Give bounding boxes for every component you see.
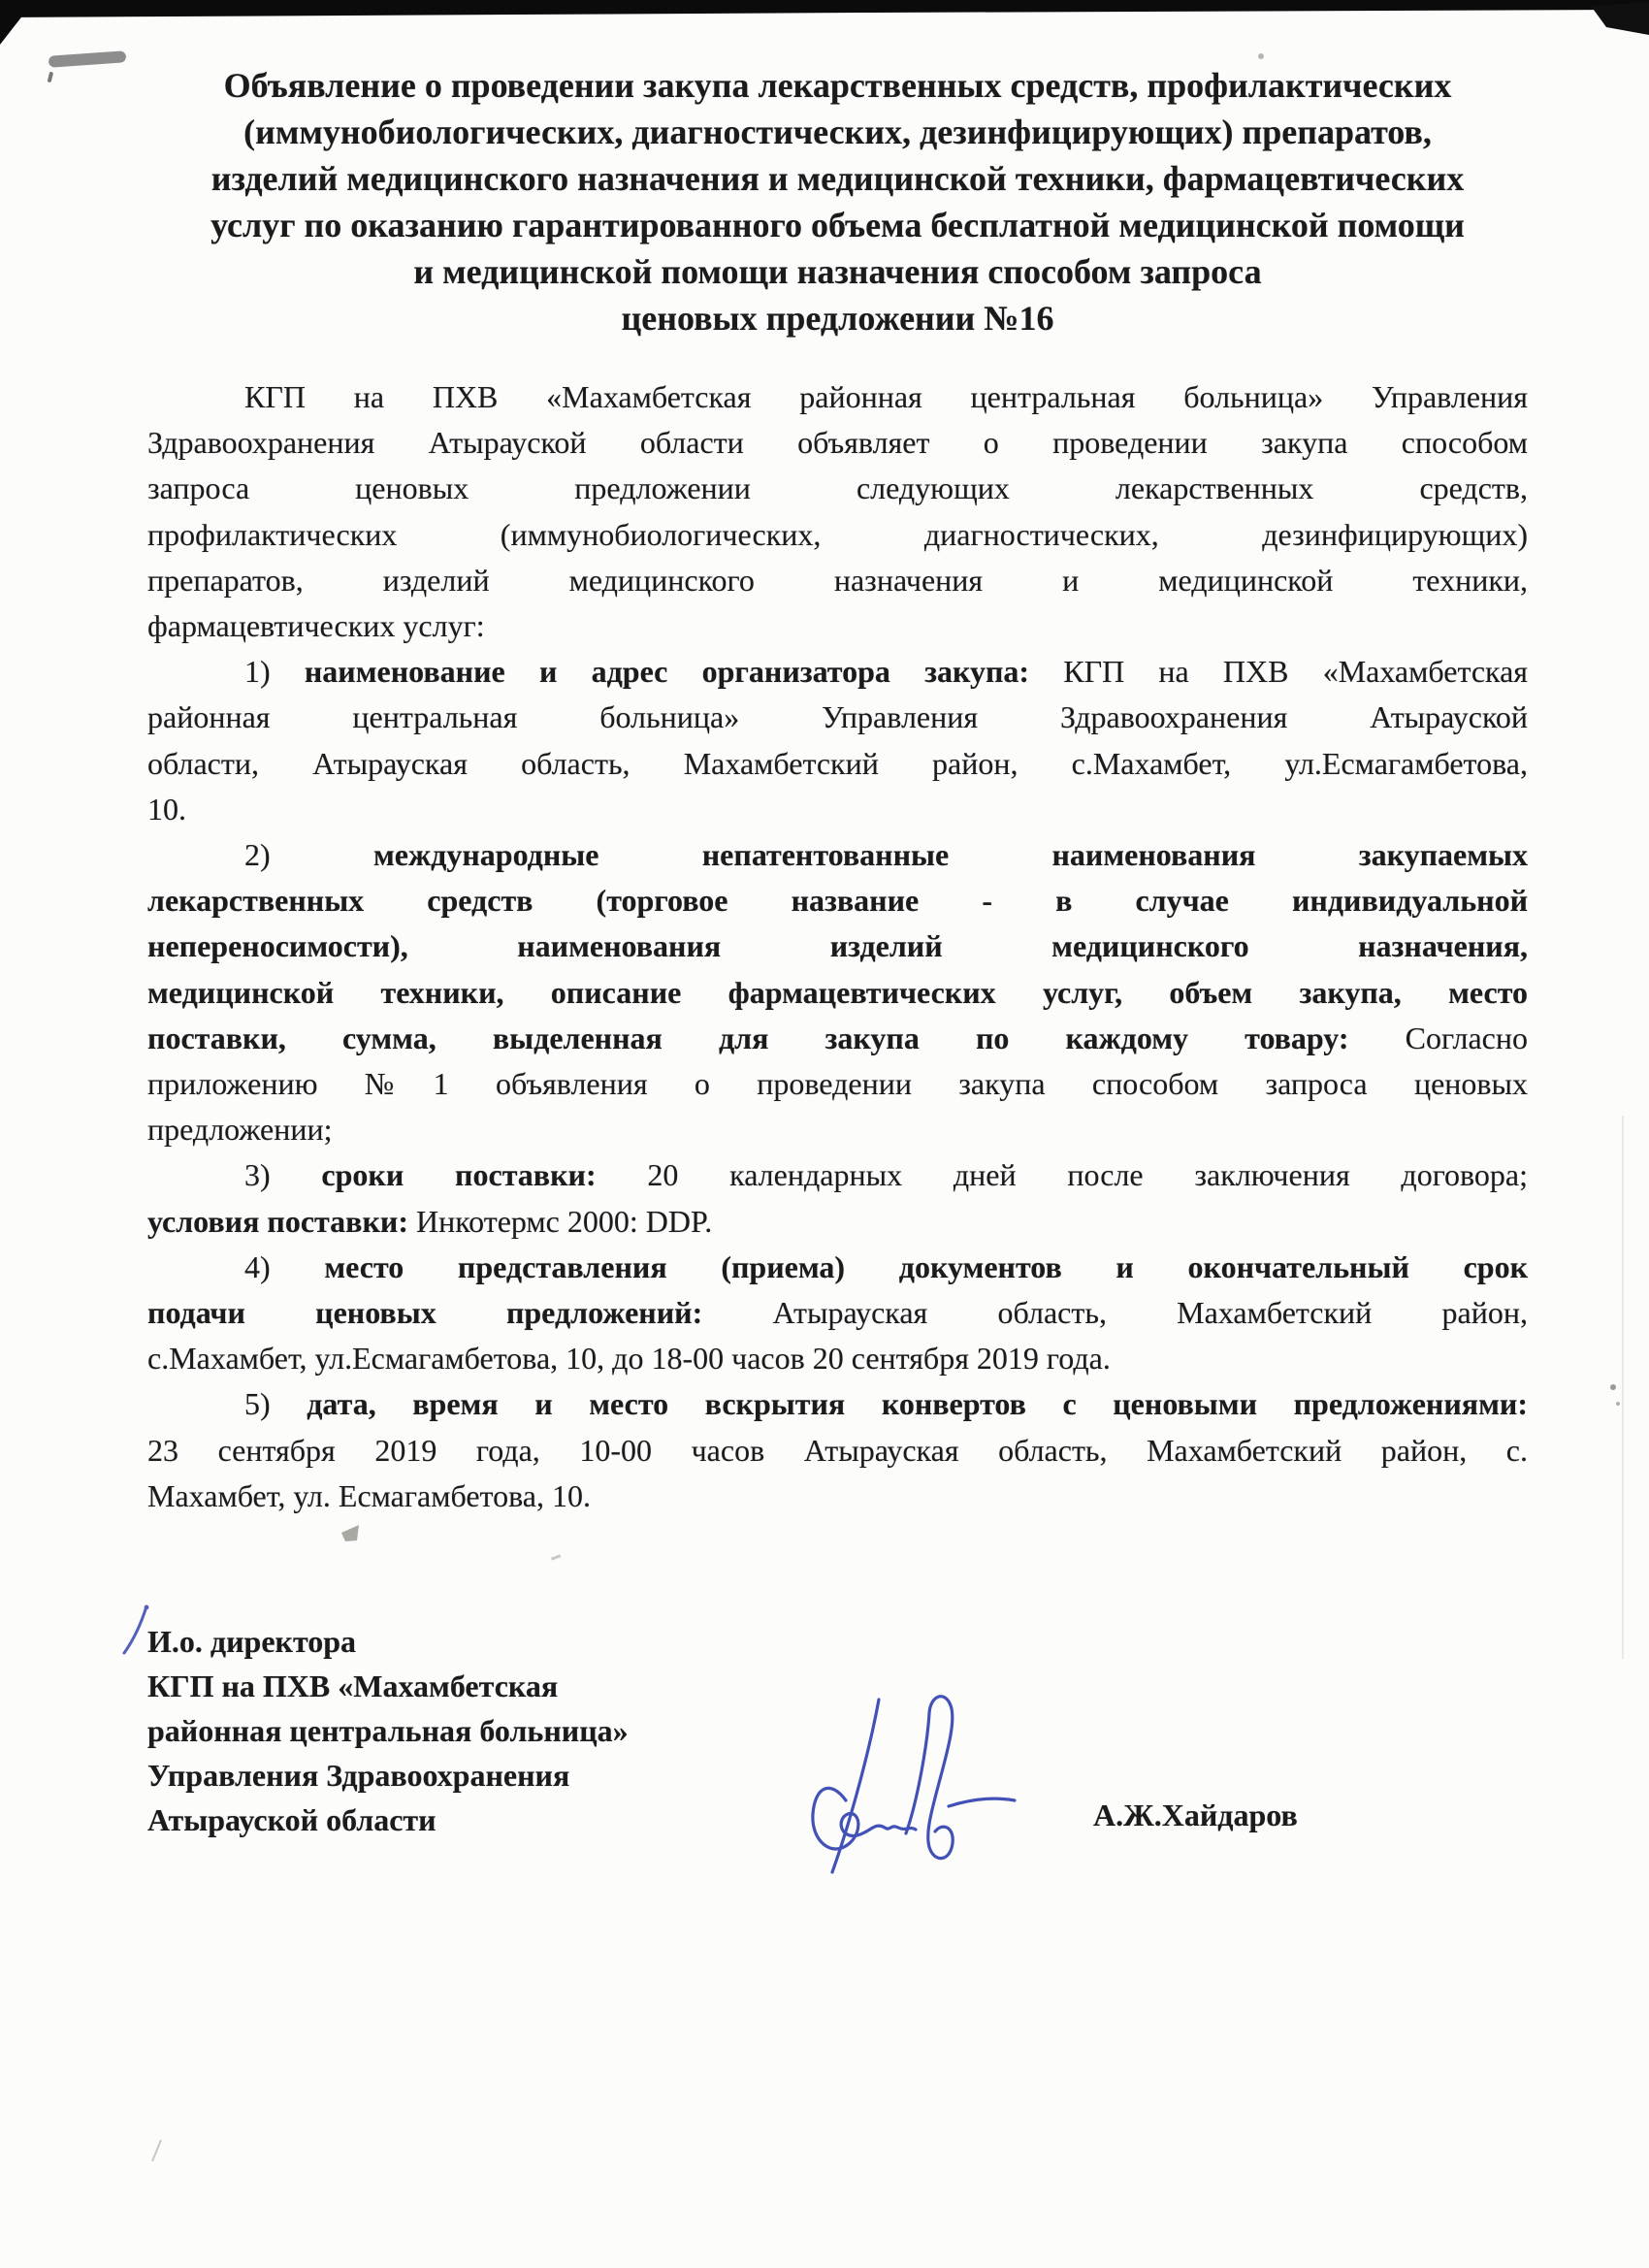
paragraph-item-4: 4) место представления (приема) документ… — [147, 1245, 1528, 1382]
text-run: непереносимости), наименования изделий м… — [147, 928, 1528, 963]
document-line: Махамбет, ул. Есмагамбетова, 10. — [147, 1474, 1528, 1519]
document-title: Объявление о проведении закупа лекарстве… — [147, 62, 1528, 341]
document-line: поставки, сумма, выделенная для закупа п… — [147, 1016, 1528, 1061]
text-run: международные непатентованные наименован… — [373, 837, 1528, 872]
text-run: лекарственных средств (торговое название… — [147, 883, 1528, 918]
dust-speck — [1610, 1384, 1616, 1390]
document-line: 5) дата, время и место вскрытия конверто… — [147, 1381, 1528, 1427]
signatory-line: Управления Здравоохранения — [147, 1753, 826, 1798]
document-line: с.Махамбет, ул.Есмагамбетова, 10, до 18-… — [147, 1336, 1528, 1381]
document-line: фармацевтических услуг: — [147, 603, 1528, 649]
signatory-line: И.о. директора — [147, 1619, 826, 1664]
document-line: подачи ценовых предложений: Атырауская о… — [147, 1290, 1528, 1336]
text-run: место представления (приема) документов … — [324, 1249, 1528, 1284]
paragraph-item-5: 5) дата, время и место вскрытия конверто… — [147, 1381, 1528, 1519]
signatory-line: КГП на ПХВ «Махамбетская — [147, 1664, 826, 1708]
document-line: 10. — [147, 787, 1528, 832]
title-line: (иммунобиологических, диагностических, д… — [147, 109, 1528, 155]
text-run: с.Махамбет, ул.Есмагамбетова, 10, до 18-… — [147, 1341, 1111, 1376]
text-run: КГП на ПХВ «Махамбетская — [1029, 654, 1528, 689]
text-run: области, Атырауская область, Махамбетски… — [147, 746, 1528, 781]
document-line: медицинской техники, описание фармацевти… — [147, 970, 1528, 1016]
text-run: предложении; — [147, 1112, 333, 1147]
text-run: поставки, сумма, выделенная для закупа п… — [147, 1021, 1349, 1055]
text-run: Согласно — [1349, 1021, 1528, 1055]
scan-top-left-corner — [0, 0, 35, 45]
signature-stroke — [813, 1788, 916, 1849]
document-line: 2) международные непатентованные наимено… — [147, 832, 1528, 878]
text-run: условия поставки: — [147, 1204, 408, 1239]
document-body: КГП на ПХВ «Махамбетская районная центра… — [147, 374, 1528, 1519]
text-run: 5) — [244, 1386, 307, 1421]
text-run: медицинской техники, описание фармацевти… — [147, 975, 1528, 1010]
signatory-title-block: И.о. директора КГП на ПХВ «Махамбетская … — [147, 1619, 826, 1842]
faint-tick — [551, 1554, 561, 1560]
text-run: подачи ценовых предложений: — [147, 1295, 702, 1330]
paragraph-intro: КГП на ПХВ «Махамбетская районная центра… — [147, 374, 1528, 649]
text-run: 23 сентября 2019 года, 10-00 часов Атыра… — [147, 1433, 1528, 1468]
document-line: КГП на ПХВ «Махамбетская районная центра… — [147, 374, 1528, 420]
document-line: запроса ценовых предложении следующих ле… — [147, 466, 1528, 511]
text-run: препаратов, изделий медицинского назначе… — [147, 563, 1528, 598]
signature-stroke — [832, 1700, 879, 1872]
title-line: и медицинской помощи назначения способом… — [147, 248, 1528, 295]
paragraph-item-3: 3) сроки поставки: 20 календарных дней п… — [147, 1152, 1528, 1244]
scan-streak — [1622, 1116, 1624, 1659]
text-run: 3) — [244, 1157, 321, 1192]
document-line: предложении; — [147, 1107, 1528, 1152]
text-run: 2) — [244, 837, 373, 872]
document-line: 3) сроки поставки: 20 календарных дней п… — [147, 1152, 1528, 1198]
dust-speck — [1616, 1402, 1620, 1406]
title-line: Объявление о проведении закупа лекарстве… — [147, 62, 1528, 109]
pen-slash-mark — [124, 1606, 146, 1653]
text-run: наименование и адрес организатора закупа… — [305, 654, 1029, 689]
scanned-document-page: Объявление о проведении закупа лекарстве… — [0, 0, 1649, 2268]
signatory-line: Атырауской области — [147, 1798, 826, 1842]
paragraph-item-1: 1) наименование и адрес организатора зак… — [147, 649, 1528, 832]
document-line: профилактических (иммунобиологических, д… — [147, 512, 1528, 558]
text-run: 10. — [147, 792, 186, 826]
text-run: 1) — [244, 654, 305, 689]
text-run: районная центральная больница» Управлени… — [147, 699, 1528, 734]
text-run: сроки поставки: — [321, 1157, 596, 1192]
text-run: 4) — [244, 1249, 324, 1284]
paragraph-item-2: 2) международные непатентованные наимено… — [147, 832, 1528, 1152]
text-run: Атырауская область, Махамбетский район, — [702, 1295, 1528, 1330]
document-line: непереносимости), наименования изделий м… — [147, 923, 1528, 969]
document-line: препаратов, изделий медицинского назначе… — [147, 558, 1528, 603]
signature-stroke — [906, 1697, 953, 1859]
document-line: районная центральная больница» Управлени… — [147, 695, 1528, 740]
document-line: приложению №1 объявления о проведении за… — [147, 1061, 1528, 1107]
pen-dot — [145, 1605, 149, 1610]
scan-top-edge — [0, 0, 1649, 17]
signature-stroke — [949, 1798, 1015, 1806]
text-run: профилактических (иммунобиологических, д… — [147, 517, 1528, 552]
signatory-line: районная центральная больница» — [147, 1708, 826, 1753]
faint-slash — [152, 2140, 161, 2161]
document-line: Здравоохранения Атырауской области объяв… — [147, 420, 1528, 466]
dust-speck — [1258, 53, 1264, 59]
text-run: 20 календарных дней после заключения дог… — [597, 1157, 1528, 1192]
text-run: Здравоохранения Атырауской области объяв… — [147, 425, 1528, 460]
text-run: дата, время и место вскрытия конвертов с… — [307, 1386, 1528, 1421]
document-line: 23 сентября 2019 года, 10-00 часов Атыра… — [147, 1428, 1528, 1474]
title-line: ценовых предложении №16 — [147, 295, 1528, 341]
title-line: изделий медицинского назначения и медици… — [147, 155, 1528, 202]
text-run: запроса ценовых предложении следующих ле… — [147, 470, 1528, 505]
small-tick-mark — [48, 72, 54, 83]
text-run: Махамбет, ул. Есмагамбетова, 10. — [147, 1478, 591, 1513]
document-line: области, Атырауская область, Махамбетски… — [147, 741, 1528, 787]
document-line: условия поставки: Инкотермс 2000: DDP. — [147, 1199, 1528, 1245]
document-line: 4) место представления (приема) документ… — [147, 1245, 1528, 1290]
gray-smudge — [341, 1525, 359, 1541]
document-line: лекарственных средств (торговое название… — [147, 878, 1528, 923]
text-run: КГП на ПХВ «Махамбетская районная центра… — [244, 379, 1528, 414]
pencil-dash-mark — [48, 50, 127, 68]
text-run: фармацевтических услуг: — [147, 608, 485, 643]
document-line: 1) наименование и адрес организатора зак… — [147, 649, 1528, 695]
text-run: Инкотермс 2000: DDP. — [408, 1204, 712, 1239]
title-line: услуг по оказанию гарантированного объем… — [147, 202, 1528, 248]
text-run: приложению №1 объявления о проведении за… — [147, 1066, 1528, 1101]
scan-top-right-corner — [1591, 2, 1649, 35]
signatory-name: А.Ж.Хайдаров — [1093, 1793, 1298, 1837]
